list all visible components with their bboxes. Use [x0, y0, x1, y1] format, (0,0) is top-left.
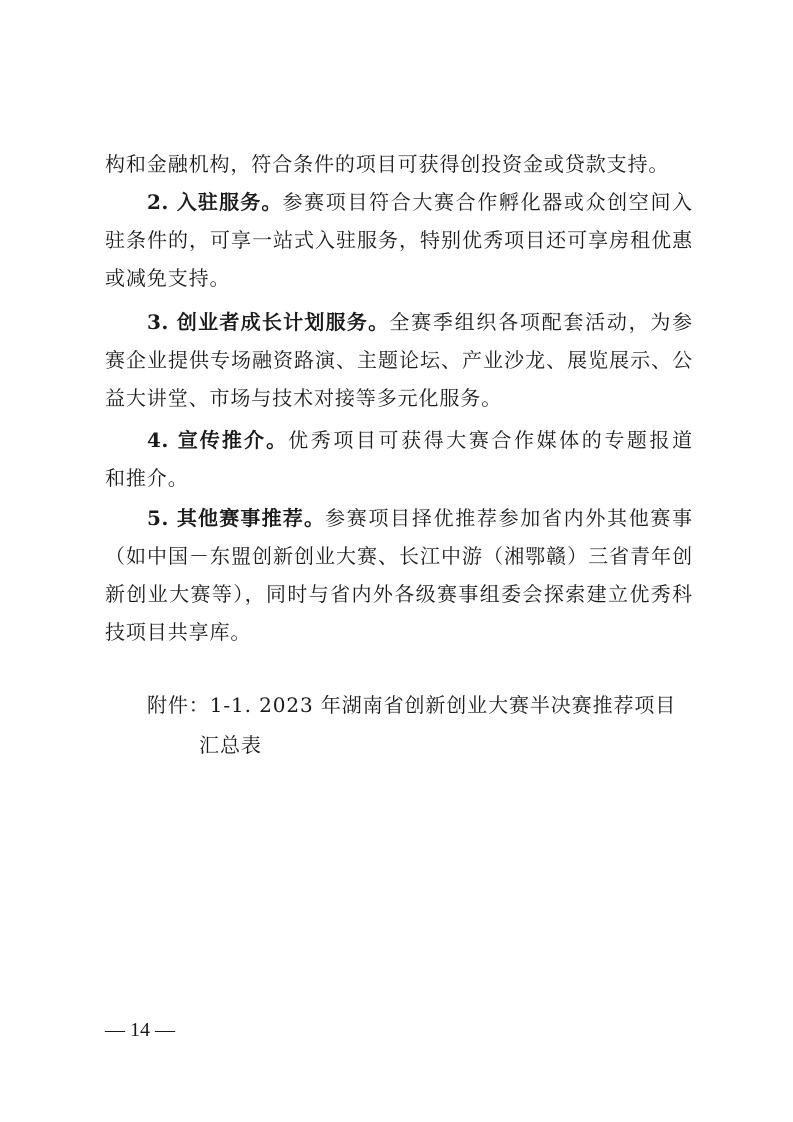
section-3-heading-line: 3. 创业者成长计划服务。全赛季组织各项配套活动，为参: [147, 310, 693, 334]
paragraph-line: 构和金融机构，符合条件的项目可获得创投资金或贷款支持。: [105, 152, 693, 176]
section-text: 全赛季组织各项配套活动，为参: [389, 310, 693, 334]
paragraph-line: 或减免支持。: [105, 266, 693, 290]
section-heading: 5. 其他赛事推荐。: [147, 506, 325, 530]
section-4-heading-line: 4. 宣传推介。优秀项目可获得大赛合作媒体的专题报道: [147, 428, 693, 452]
attachment-line: 附件：1-1. 2023 年湖南省创新创业大赛半决赛推荐项目: [147, 693, 676, 717]
attachment-title-continued: 汇总表: [199, 733, 262, 757]
paragraph-line: （如中国－东盟创新创业大赛、长江中游（湘鄂赣）三省青年创: [105, 544, 693, 568]
paragraph-line: 和推介。: [105, 466, 693, 490]
section-text: 参赛项目符合大赛合作孵化器或众创空间入: [283, 190, 693, 214]
section-5-heading-line: 5. 其他赛事推荐。参赛项目择优推荐参加省内外其他赛事: [147, 506, 693, 530]
attachment-title[interactable]: 1-1. 2023 年湖南省创新创业大赛半决赛推荐项目: [210, 693, 676, 717]
section-text: 优秀项目可获得大赛合作媒体的专题报道: [288, 428, 693, 452]
page-number: — 14 —: [105, 1018, 175, 1042]
section-heading: 4. 宣传推介。: [147, 428, 288, 452]
document-page: 构和金融机构，符合条件的项目可获得创投资金或贷款支持。 2. 入驻服务。参赛项目…: [0, 0, 793, 1122]
section-heading: 3. 创业者成长计划服务。: [147, 310, 389, 334]
section-text: 参赛项目择优推荐参加省内外其他赛事: [325, 506, 693, 530]
paragraph-line: 新创业大赛等），同时与省内外各级赛事组委会探索建立优秀科: [105, 582, 693, 606]
paragraph-line: 技项目共享库。: [105, 620, 693, 644]
attachment-label: 附件：: [147, 693, 210, 717]
paragraph-line: 赛企业提供专场融资路演、主题论坛、产业沙龙、展览展示、公: [105, 348, 693, 372]
paragraph-line: 驻条件的，可享一站式入驻服务，特别优秀项目还可享房租优惠: [105, 228, 693, 252]
paragraph-line: 益大讲堂、市场与技术对接等多元化服务。: [105, 386, 693, 410]
section-heading: 2. 入驻服务。: [147, 190, 283, 214]
section-2-heading-line: 2. 入驻服务。参赛项目符合大赛合作孵化器或众创空间入: [147, 190, 693, 214]
